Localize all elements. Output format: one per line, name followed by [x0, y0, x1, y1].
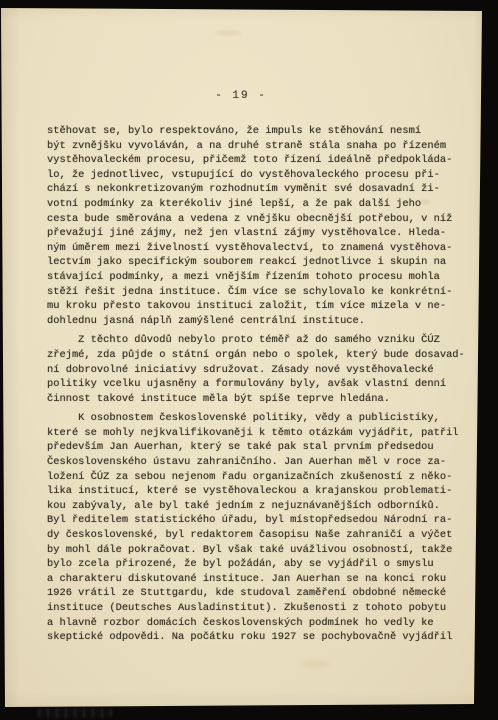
- body-text: stěhovat se, bylo respektováno, že impul…: [47, 124, 471, 645]
- paragraph-1: stěhovat se, bylo respektováno, že impul…: [47, 124, 471, 328]
- paragraph-2: Z těchto důvodů nebylo proto téměř až do…: [47, 333, 471, 406]
- scanner-artifact-marking: [38, 708, 112, 718]
- page-number: - 19 -: [0, 90, 482, 102]
- paragraph-3: K osobnostem československé politiky, vě…: [47, 411, 471, 645]
- paper-blemish: [300, 660, 330, 668]
- paper-blemish: [215, 30, 241, 36]
- scanned-document-photocopy: - 19 - stěhovat se, bylo respektováno, ž…: [0, 0, 498, 720]
- document-page: - 19 - stěhovat se, bylo respektováno, ž…: [0, 0, 498, 720]
